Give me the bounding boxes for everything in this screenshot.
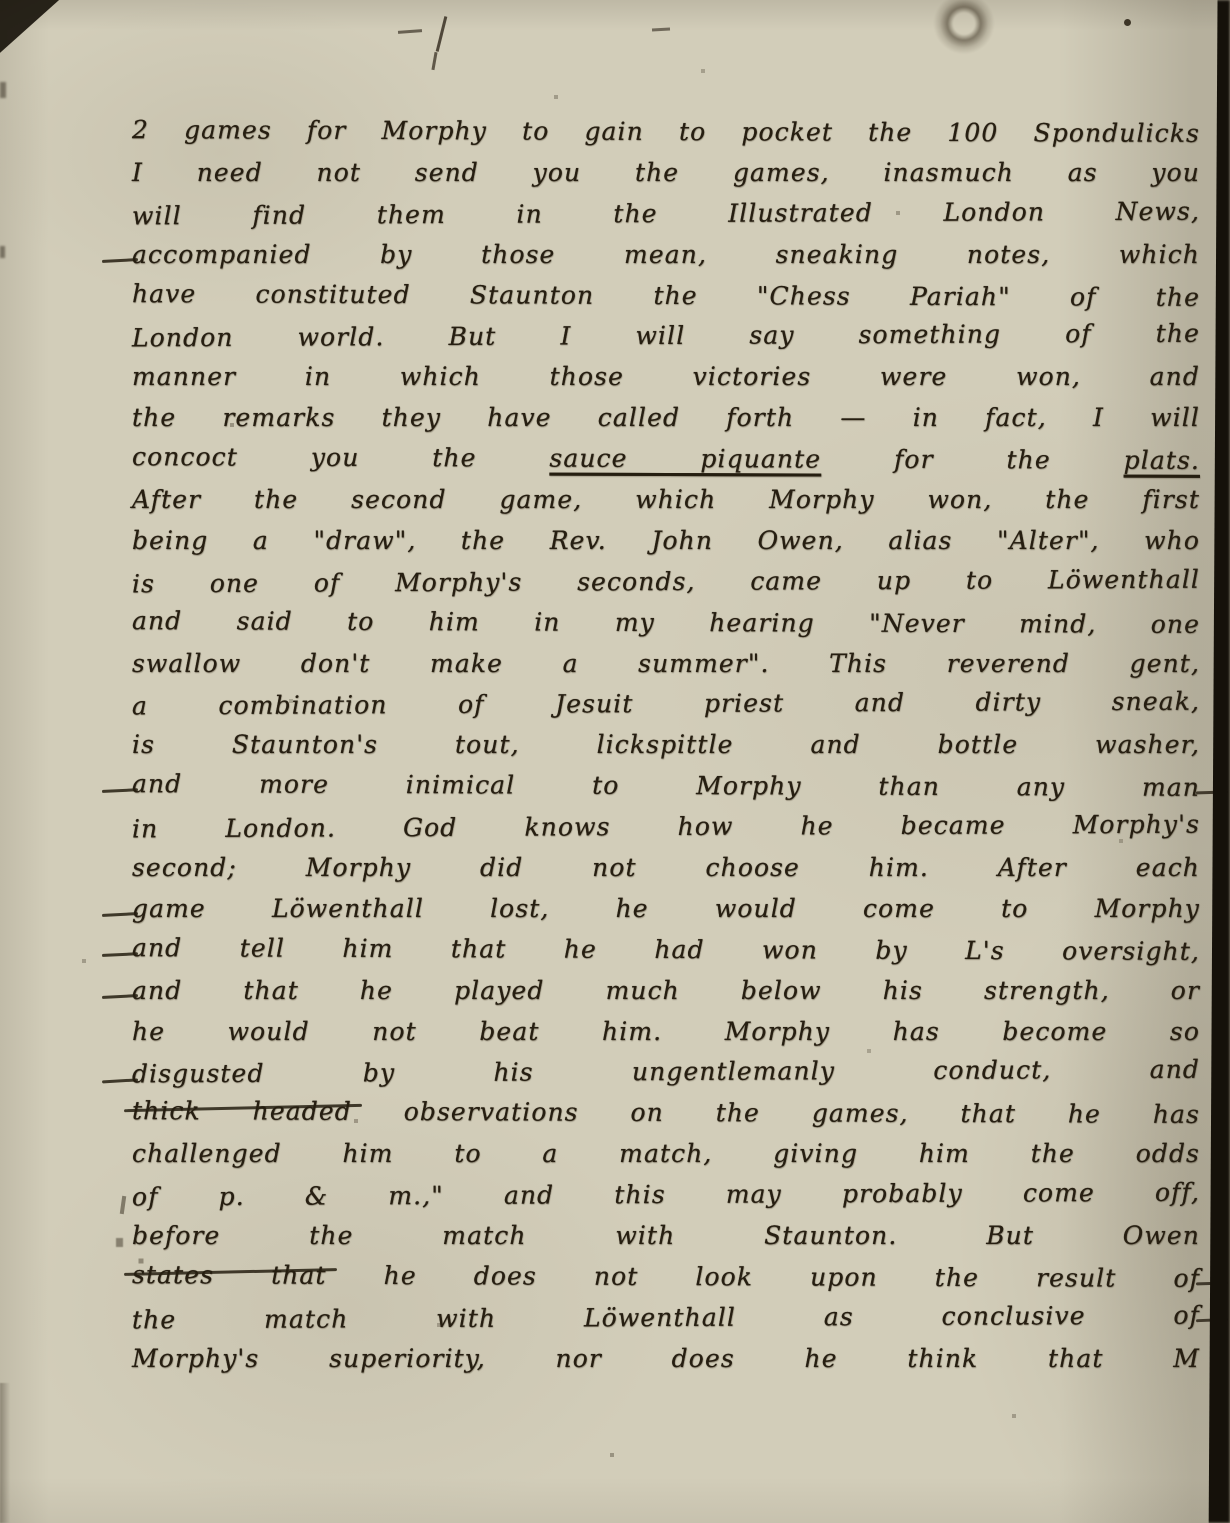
stray-pen-mark	[436, 16, 448, 52]
manuscript-line: game Löwenthall lost, he would come to M…	[132, 889, 1200, 930]
manuscript-line: will find them in the Illustrated London…	[132, 191, 1200, 237]
manuscript-line: second; Morphy did not choose him. After…	[132, 848, 1200, 889]
text-run: 2 games for Morphy to gain to pocket the…	[132, 115, 1200, 148]
stray-pen-mark	[398, 29, 422, 34]
text-run: the remarks they have called forth — in …	[132, 403, 1200, 432]
manuscript-line: thick headed observations on the games, …	[132, 1092, 1200, 1137]
scan-edge-shadow	[1204, 0, 1230, 1523]
ink-blotch	[933, 0, 995, 56]
manuscript-line: accompanied by those mean, sneaking note…	[132, 235, 1200, 276]
underlined-text: sauce piquante	[549, 444, 821, 474]
text-run: second; Morphy did not choose him. After…	[132, 853, 1200, 882]
text-run: London world. But I will say something o…	[132, 319, 1200, 353]
manuscript-line: before the match with Staunton. But Owen	[132, 1216, 1200, 1257]
text-run: and more inimical to Morphy than any man	[132, 769, 1200, 802]
manuscript-line: a combination of Jesuit priest and dirty…	[132, 682, 1200, 728]
manuscript-line: and tell him that he had won by L's over…	[132, 928, 1200, 973]
text-run: is Staunton's tout, lickspittle and bott…	[132, 730, 1200, 759]
manuscript-line: the match with Löwenthall as conclusive …	[132, 1295, 1200, 1341]
manuscript-line: and more inimical to Morphy than any man	[132, 764, 1200, 809]
stray-pen-mark	[431, 52, 437, 70]
text-run: accompanied by those mean, sneaking note…	[132, 240, 1200, 269]
letter-page: 2 games for Morphy to gain to pocket the…	[0, 0, 1230, 1523]
manuscript-line: of p. & m.," and this may probably come …	[132, 1173, 1200, 1219]
text-run: and tell him that he had won by L's over…	[132, 933, 1200, 966]
edge-speck	[0, 246, 5, 258]
stray-pen-mark	[652, 28, 670, 32]
text-run: concoct you the	[132, 442, 550, 472]
manuscript-line: and that he played much below his streng…	[132, 971, 1200, 1012]
text-run: challenged him to a match, giving him th…	[132, 1139, 1200, 1168]
text-run: I need not send you the games, inasmuch …	[132, 158, 1200, 187]
manuscript-line: in London. God knows how he became Morph…	[132, 805, 1200, 851]
text-run: manner in which those victories were won…	[132, 362, 1200, 391]
text-run: in London. God knows how he became Morph…	[132, 810, 1200, 844]
barred-text: thick headed	[132, 1097, 352, 1127]
manuscript-line: challenged him to a match, giving him th…	[132, 1134, 1200, 1175]
text-run: being a "draw", the Rev. John Owen, alia…	[132, 526, 1200, 555]
manuscript-line: have constituted Staunton the "Chess Par…	[132, 274, 1200, 319]
manuscript-line: London world. But I will say something o…	[132, 314, 1200, 360]
text-run: of p. & m.," and this may probably come …	[132, 1178, 1200, 1212]
text-run: Morphy's superiority, nor does he think …	[132, 1344, 1200, 1373]
manuscript-text-block: 2 games for Morphy to gain to pocket the…	[132, 112, 1200, 1380]
text-run: game Löwenthall lost, he would come to M…	[132, 894, 1200, 923]
text-run: After the second game, which Morphy won,…	[132, 485, 1200, 514]
manuscript-line: Morphy's superiority, nor does he think …	[132, 1339, 1200, 1380]
manuscript-line: After the second game, which Morphy won,…	[132, 480, 1200, 521]
scan-corner-shadow	[0, 0, 68, 60]
text-run: the match with Löwenthall as conclusive …	[132, 1300, 1200, 1334]
text-run: for the	[821, 445, 1124, 475]
bottom-left-edge-shadow	[0, 1383, 10, 1523]
manuscript-line: he would not beat him. Morphy has become…	[132, 1012, 1200, 1053]
edge-speck	[0, 82, 6, 98]
ink-dot	[1124, 19, 1131, 26]
manuscript-line: manner in which those victories were won…	[132, 357, 1200, 398]
manuscript-line: the remarks they have called forth — in …	[132, 398, 1200, 439]
manuscript-line: being a "draw", the Rev. John Owen, alia…	[132, 521, 1200, 562]
text-run: observations on the games, that he has	[352, 1097, 1200, 1129]
text-run: before the match with Staunton. But Owen	[132, 1221, 1200, 1250]
text-run: and said to him in my hearing "Never min…	[132, 606, 1200, 639]
text-run: a combination of Jesuit priest and dirty…	[132, 687, 1200, 721]
manuscript-line: is Staunton's tout, lickspittle and bott…	[132, 725, 1200, 766]
manuscript-line: I need not send you the games, inasmuch …	[132, 153, 1200, 194]
text-run: he does not look upon the result of	[327, 1261, 1200, 1293]
barred-text: states that	[132, 1260, 327, 1290]
manuscript-line: 2 games for Morphy to gain to pocket the…	[132, 110, 1200, 155]
text-run: he would not beat him. Morphy has become…	[132, 1017, 1200, 1046]
manuscript-line: swallow don't make a summer". This rever…	[132, 644, 1200, 685]
manuscript-line: is one of Morphy's seconds, came up to L…	[132, 559, 1200, 605]
underlined-text: plats.	[1124, 446, 1200, 475]
text-run: and that he played much below his streng…	[132, 976, 1200, 1005]
text-run: will find them in the Illustrated London…	[132, 196, 1200, 230]
stray-pen-mark	[120, 1196, 126, 1214]
text-run: is one of Morphy's seconds, came up to L…	[132, 564, 1200, 598]
text-run: have constituted Staunton the "Chess Par…	[132, 279, 1200, 312]
manuscript-line: states that he does not look upon the re…	[132, 1255, 1200, 1300]
text-run: disgusted by his ungentlemanly conduct, …	[132, 1055, 1200, 1089]
manuscript-line: disgusted by his ungentlemanly conduct, …	[132, 1050, 1200, 1096]
stray-pen-mark	[116, 1238, 123, 1247]
manuscript-line: and said to him in my hearing "Never min…	[132, 601, 1200, 646]
text-run: swallow don't make a summer". This rever…	[132, 649, 1200, 678]
manuscript-line: concoct you the sauce piquante for the p…	[132, 437, 1200, 482]
